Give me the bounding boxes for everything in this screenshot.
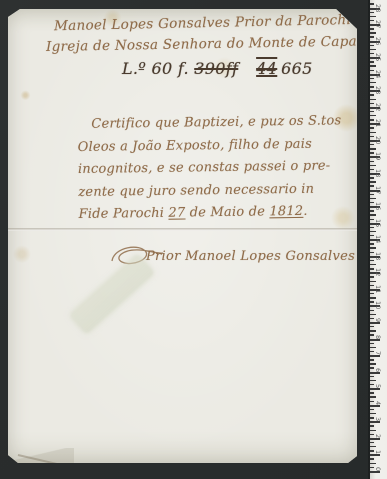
ruler-tick [370,401,374,402]
ruler-label: 25 [374,53,382,61]
ruler-tick [370,450,374,451]
ruler-tick [370,421,380,423]
ruler-tick [370,99,376,100]
ruler-label: 14 [374,235,382,243]
ruler-tick [370,65,376,66]
ruler-tick [370,454,380,456]
date-suffix: . [303,204,308,219]
ruler-tick [370,231,376,232]
ruler-tick [370,20,374,21]
ruler-label: 27 [374,20,382,28]
ruler-tick [370,185,374,186]
ruler-tick [370,355,380,357]
ruler-tick [370,260,374,261]
ruler-label: 24 [374,70,382,78]
ruler-tick [370,78,374,79]
ruler-tick [370,219,374,220]
ruler-tick [370,471,380,473]
ruler-tick [370,458,374,459]
ruler-label: 21 [374,119,382,127]
ruler-label: 13 [374,252,382,260]
ruler-label: 18 [374,169,382,177]
ruler-label: 8 [374,335,382,339]
fold-crease [8,228,357,231]
ruler-tick [370,194,374,195]
signature-text: Prior Manoel Lopes Gonsalves [146,249,355,264]
ruler-tick [370,268,374,269]
ruler-tick [370,198,376,199]
ruler-tick [370,347,376,348]
ruler-tick [370,247,376,248]
ruler-label: 6 [374,368,382,372]
ruler-tick [370,310,374,311]
ruler-tick [370,334,374,335]
ruler-tick [370,165,376,166]
ruler-tick [370,132,376,133]
ruler-tick [370,214,376,215]
ruler-tick [370,161,374,162]
ruler-tick [370,376,374,377]
ruler-label: 11 [374,285,382,293]
ruler-label: 7 [374,351,382,355]
date-line: Fide Parochi 27 de Maio de 1812. [78,200,363,226]
ruler-tick [370,326,374,327]
ruler-tick [370,367,374,368]
ruler-tick [370,351,374,352]
ruler-tick [370,127,374,128]
ruler-tick [370,467,374,468]
ruler-tick [370,384,374,385]
ruler-tick [370,61,374,62]
ruler-tick [370,293,374,294]
ruler-tick [370,36,374,37]
ruler-tick [370,28,374,29]
ruler-tick [370,442,374,443]
ruler-tick [370,392,374,393]
ruler-label: 23 [374,86,382,94]
ruler-tick [370,363,376,364]
ruler-tick [370,430,376,431]
ledger-struck-flourish: ff [226,59,238,78]
ruler-tick [370,181,376,182]
ruler-tick [370,301,374,302]
ruler-tick [370,330,376,331]
ruler-label: 12 [374,268,382,276]
date-day: 27 [168,205,185,220]
ledger-notation: L.º 60 f. 390ff44665 [122,59,313,78]
ledger-struck-value: 390 [194,59,225,78]
ruler-label: 10 [374,301,382,309]
ruler-tick [370,111,374,112]
ruler-tick [370,45,374,46]
ruler-tick [370,115,376,116]
ruler-tick [370,70,374,71]
ruler-tick [370,380,376,381]
ruler-tick [370,314,376,315]
date-middle: de Maio de [185,204,269,220]
ruler-tick [370,434,374,435]
ruler-label: 20 [374,136,382,144]
ruler-tick [370,297,376,298]
ruler-tick [370,409,374,410]
ruler-tick [370,103,374,104]
ruler-tick [370,144,374,145]
ruler-tick [370,322,380,324]
ruler-label: 19 [374,152,382,160]
ruler-label: 15 [374,219,382,227]
ruler-label: 4 [374,401,382,405]
ruler-tick [370,396,376,397]
ruler-tick [370,417,374,418]
certificate-body: Certifico que Baptizei, e puz os S.tos O… [77,110,364,226]
ruler-tick [370,264,376,265]
ruler-tick [370,388,380,390]
date-prefix: Fide Parochi [79,206,169,222]
ruler-tick [370,119,374,120]
ruler-label: 28 [374,4,382,12]
ruler-tick [370,12,374,13]
date-year: 1812 [269,204,303,219]
ruler-label: 26 [374,37,382,45]
ledger-value: 665 [281,59,312,78]
ruler-tick [370,252,374,253]
ruler-tick [370,86,374,87]
ruler-tick [370,202,374,203]
ruler-tick [370,463,376,464]
ruler-tick [370,285,374,286]
manuscript-heading-line-1: Manoel Lopes Gonsalves Prior da Parochia… [54,12,364,34]
ruler-tick [370,16,376,17]
ruler-label: 2 [374,434,382,438]
ruler-label: 1 [374,450,382,454]
ruler-tick [370,276,374,277]
ruler-tick [370,413,376,414]
ruler-tick [370,49,376,50]
manuscript-heading-line-2: Igreja de Nossa Senhora do Monte de Capa… [46,33,385,55]
ruler-tick [370,136,374,137]
ruler-tick [370,318,374,319]
ruler-tick [370,82,376,83]
ruler-tick [370,177,374,178]
ruler-tick [370,243,374,244]
ruler-label: 3 [374,417,382,421]
ruler-tick [370,3,374,4]
ruler-tick [370,227,374,228]
ruler-tick [370,152,374,153]
ruler-tick [370,148,376,149]
ruler-tick [370,343,374,344]
ledger-struck-symbol: 44 [256,59,277,78]
ruler-tick [370,235,374,236]
ruler-tick [370,53,374,54]
ruler-tick [370,359,374,360]
scanned-document: Manoel Lopes Gonsalves Prior da Parochia… [0,0,387,479]
ruler-tick [370,169,374,170]
ruler-label: 9 [374,318,382,322]
ruler-tick [370,94,374,95]
signature: Prior Manoel Lopes Gonsalves [112,243,321,258]
ruler-tick [370,446,376,447]
ruler-label: 5 [374,384,382,388]
ruler-tick [370,425,374,426]
ruler-label: 0 [374,467,382,471]
ruler-tick [370,32,376,33]
ruler-label: 22 [374,103,382,111]
measurement-ruler: 2827262524232221201918171615141312111098… [368,0,387,479]
manuscript-page: Manoel Lopes Gonsalves Prior da Parochia… [8,9,357,463]
ruler-tick [370,281,376,282]
ruler-label: 17 [374,186,382,194]
ruler-label: 16 [374,202,382,210]
ruler-tick [370,210,374,211]
ledger-prefix: L.º 60 f. [122,59,194,78]
